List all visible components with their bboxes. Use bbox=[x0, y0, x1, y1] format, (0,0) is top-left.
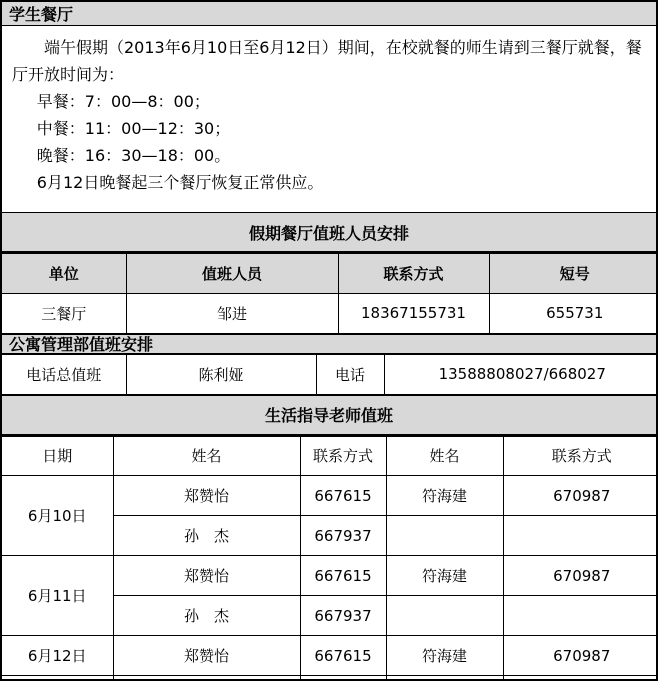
cell-empty bbox=[503, 596, 658, 636]
notice-intro: 端午假期（2013年6月10日至6月12日）期间，在校就餐的师生请到三餐厅就餐，… bbox=[12, 34, 646, 88]
cell-phone-numbers: 13588808027/668027 bbox=[384, 354, 658, 394]
cell-duty-person: 邹进 bbox=[126, 293, 338, 333]
cell-teacher-contact: 667615 bbox=[300, 476, 386, 516]
cell-teacher-name: 符海建 bbox=[386, 556, 503, 596]
teacher-duty-table: 日期 姓名 联系方式 姓名 联系方式 6月10日 郑赞怡 667615 符海建 … bbox=[2, 435, 658, 681]
cell-date: 6月12日 bbox=[2, 636, 113, 676]
header-name-2: 姓名 bbox=[386, 436, 503, 476]
cell-duty-person: 陈利娅 bbox=[126, 354, 316, 394]
cell-contact-number: 18367155731 bbox=[338, 293, 489, 333]
canteen-duty-header-row: 单位 值班人员 联系方式 短号 bbox=[2, 253, 658, 293]
header-duty-person: 值班人员 bbox=[126, 253, 338, 293]
canteen-duty-table: 单位 值班人员 联系方式 短号 三餐厅 邹进 18367155731 65573… bbox=[2, 252, 658, 334]
cell-canteen-name: 三餐厅 bbox=[2, 293, 126, 333]
cell-teacher-contact: 667937 bbox=[300, 596, 386, 636]
header-contact-2: 联系方式 bbox=[503, 436, 658, 476]
cell-teacher-name: 郑赞怡 bbox=[113, 476, 300, 516]
canteen-duty-row: 三餐厅 邹进 18367155731 655731 bbox=[2, 293, 658, 333]
header-short-number: 短号 bbox=[489, 253, 658, 293]
cell-date: 6月10日 bbox=[2, 476, 113, 556]
teacher-duty-row: 6月11日 郑赞怡 667615 符海建 670987 bbox=[2, 556, 658, 596]
header-contact: 联系方式 bbox=[338, 253, 489, 293]
section-title-apartment-duty: 公寓管理部值班安排 bbox=[2, 334, 656, 354]
header-name-1: 姓名 bbox=[113, 436, 300, 476]
cell-teacher-contact: 670987 bbox=[503, 476, 658, 516]
header-unit: 单位 bbox=[2, 253, 126, 293]
cell-empty bbox=[503, 676, 658, 681]
cell-teacher-name: 孙 杰 bbox=[113, 516, 300, 556]
cell-short-number: 655731 bbox=[489, 293, 658, 333]
cell-teacher-name: 孙 杰 bbox=[113, 596, 300, 636]
cell-empty bbox=[113, 676, 300, 681]
cell-empty bbox=[2, 676, 113, 681]
breakfast-time-line: 早餐：7：00—8：00； bbox=[12, 88, 646, 115]
cell-teacher-contact: 670987 bbox=[503, 636, 658, 676]
cut-off-row bbox=[2, 676, 658, 681]
dinner-time-line: 晚餐：16：30—18：00。 bbox=[12, 142, 646, 169]
resume-note-line: 6月12日晚餐起三个餐厅恢复正常供应。 bbox=[12, 169, 646, 196]
notice-document: 学生餐厅 端午假期（2013年6月10日至6月12日）期间，在校就餐的师生请到三… bbox=[0, 0, 658, 681]
header-contact-1: 联系方式 bbox=[300, 436, 386, 476]
apartment-duty-table: 电话总值班 陈利娅 电话 13588808027/668027 bbox=[2, 354, 658, 395]
notice-block: 端午假期（2013年6月10日至6月12日）期间，在校就餐的师生请到三餐厅就餐，… bbox=[2, 26, 656, 212]
section-title-teacher-duty: 生活指导老师值班 bbox=[2, 395, 656, 435]
apartment-duty-row: 电话总值班 陈利娅 电话 13588808027/668027 bbox=[2, 354, 658, 394]
cell-teacher-contact: 667937 bbox=[300, 516, 386, 556]
section-title-canteen-duty: 假期餐厅值班人员安排 bbox=[2, 212, 656, 252]
cell-teacher-contact: 667615 bbox=[300, 636, 386, 676]
cell-teacher-name: 郑赞怡 bbox=[113, 556, 300, 596]
lunch-time-line: 中餐：11：00—12：30； bbox=[12, 115, 646, 142]
teacher-duty-row: 6月10日 郑赞怡 667615 符海建 670987 bbox=[2, 476, 658, 516]
cell-empty bbox=[300, 676, 386, 681]
cell-teacher-name: 符海建 bbox=[386, 636, 503, 676]
cell-empty bbox=[503, 516, 658, 556]
page-title: 学生餐厅 bbox=[2, 2, 656, 26]
cell-empty bbox=[386, 676, 503, 681]
cell-teacher-contact: 670987 bbox=[503, 556, 658, 596]
cell-duty-role: 电话总值班 bbox=[2, 354, 126, 394]
cell-date: 6月11日 bbox=[2, 556, 113, 636]
cell-teacher-contact: 667615 bbox=[300, 556, 386, 596]
header-date: 日期 bbox=[2, 436, 113, 476]
cell-empty bbox=[386, 596, 503, 636]
cell-empty bbox=[386, 516, 503, 556]
cell-phone-label: 电话 bbox=[316, 354, 384, 394]
cell-teacher-name: 符海建 bbox=[386, 476, 503, 516]
teacher-duty-row: 6月12日 郑赞怡 667615 符海建 670987 bbox=[2, 636, 658, 676]
cell-teacher-name: 郑赞怡 bbox=[113, 636, 300, 676]
teacher-duty-header-row: 日期 姓名 联系方式 姓名 联系方式 bbox=[2, 436, 658, 476]
